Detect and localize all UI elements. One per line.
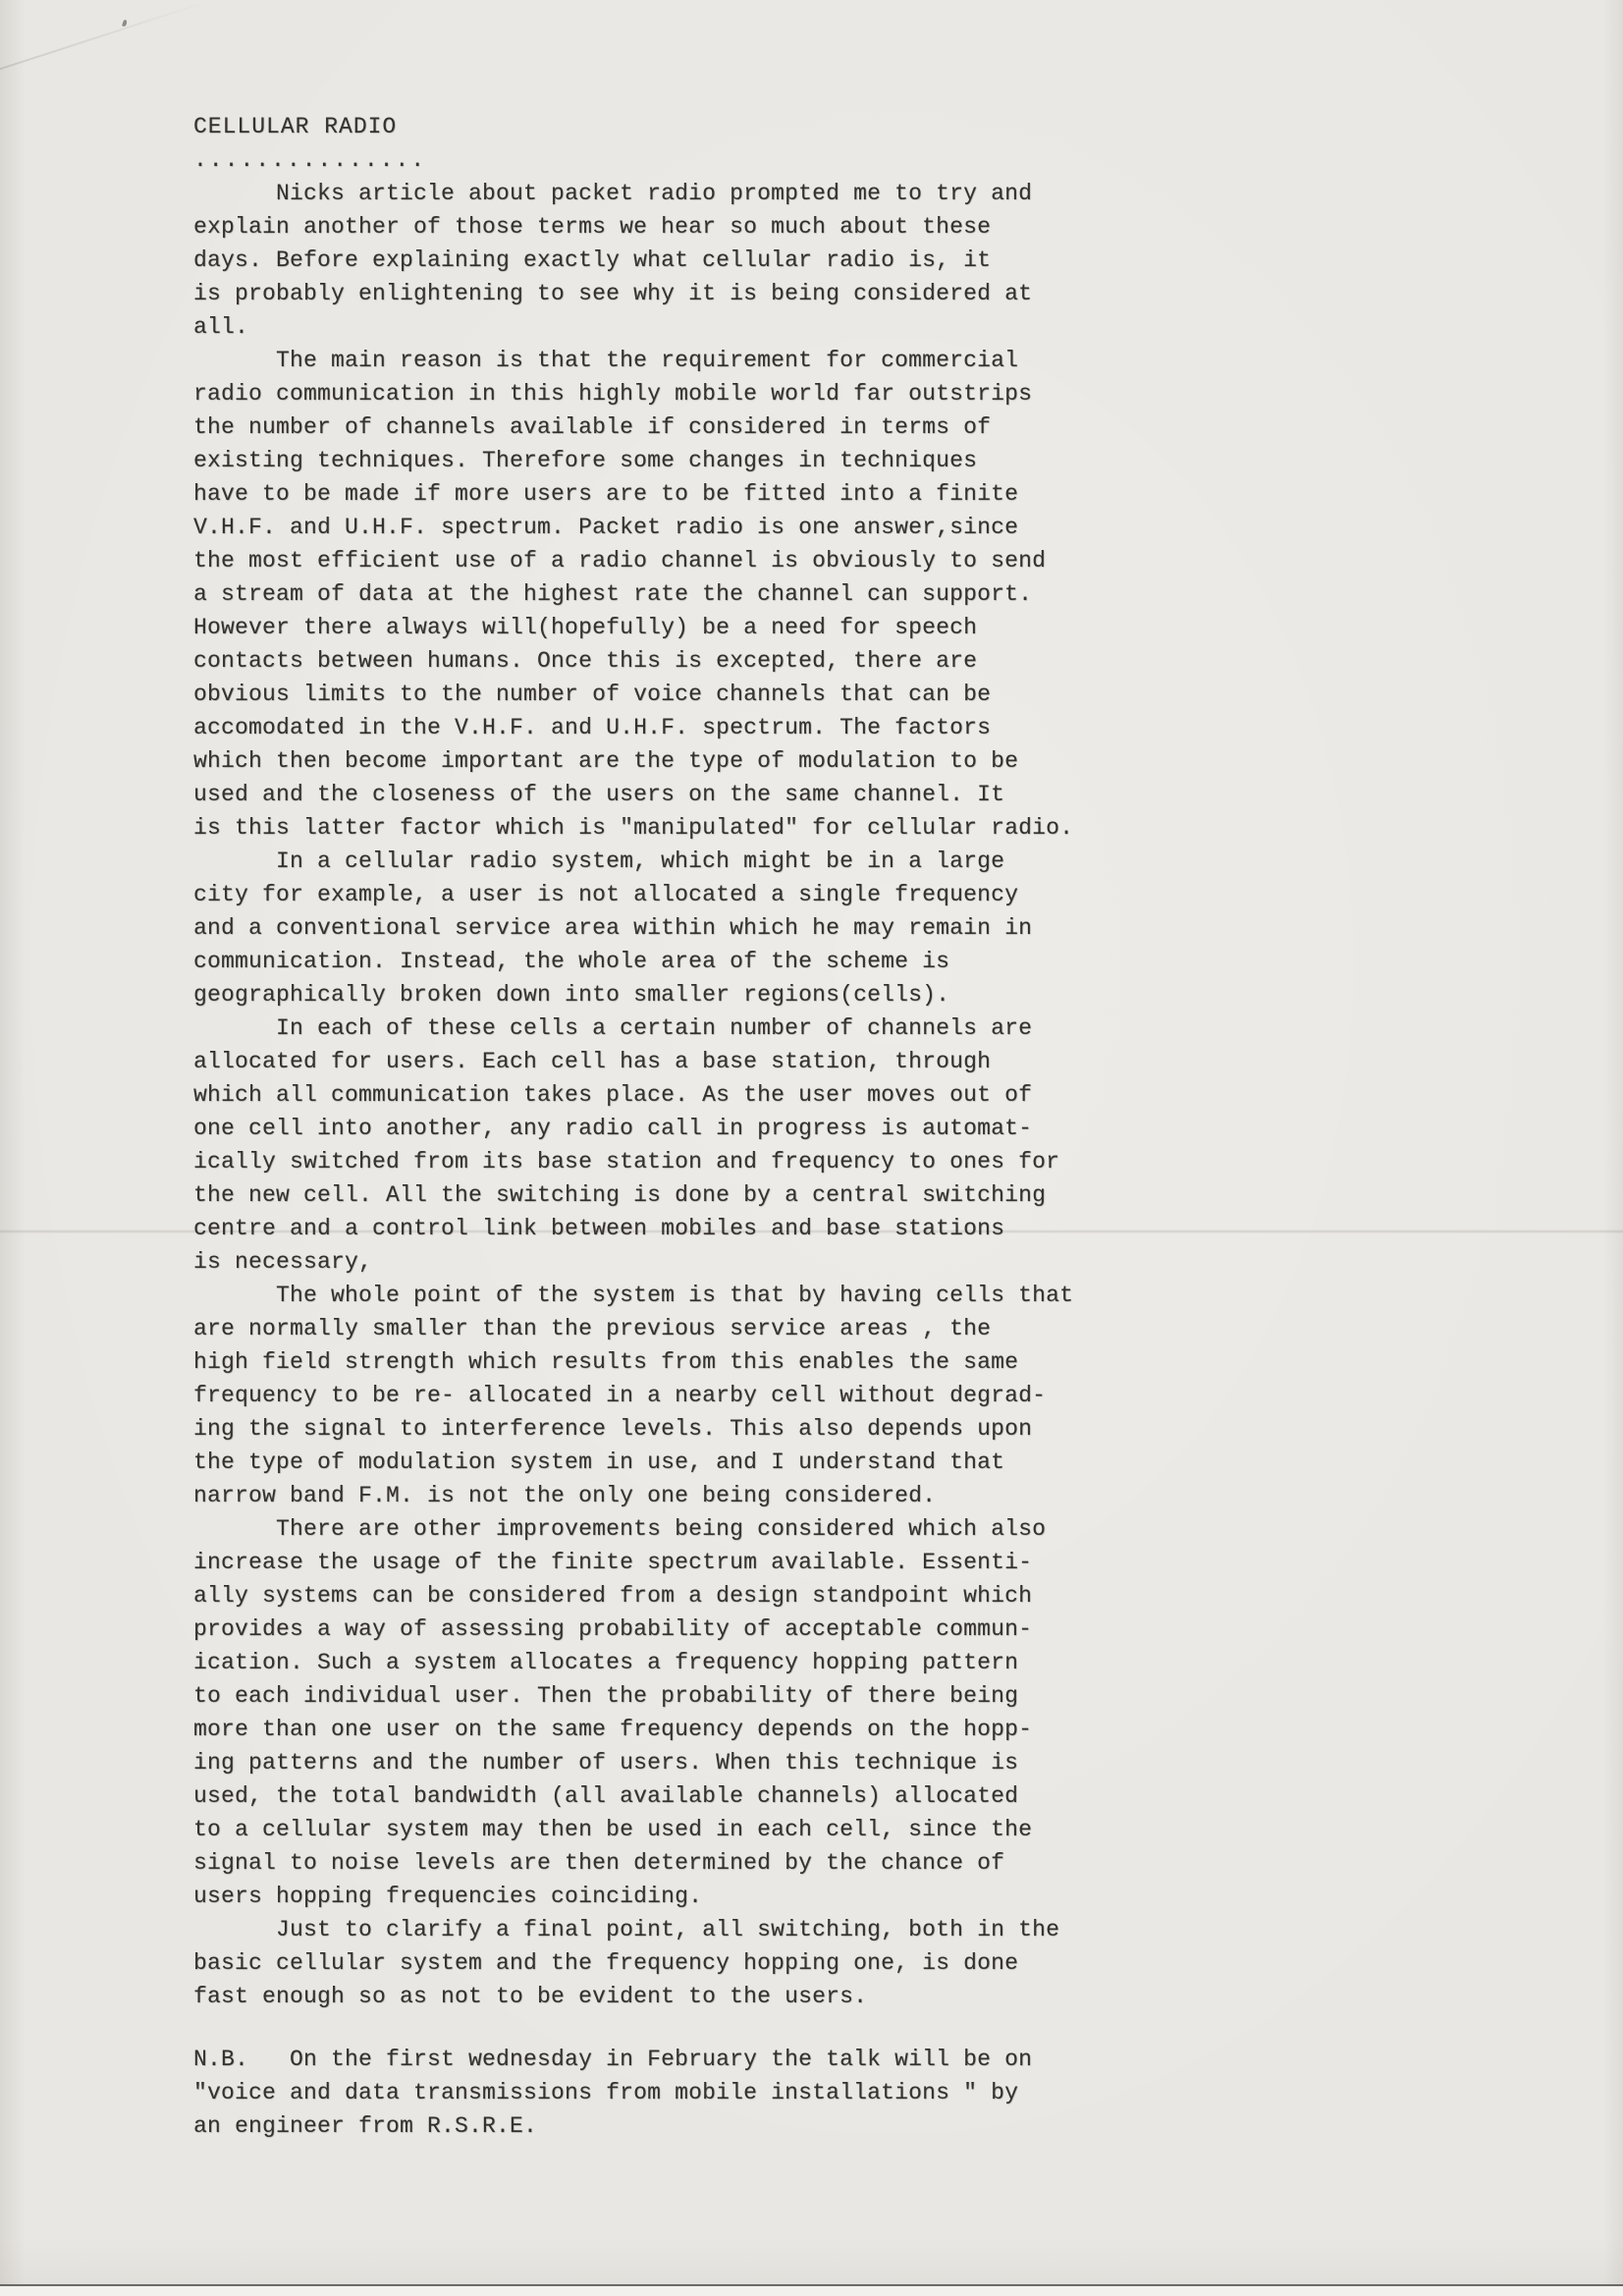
scanned-typewritten-page: CELLULAR RADIO ............... Nicks art… — [0, 0, 1623, 2296]
document-body: CELLULAR RADIO ............... Nicks art… — [193, 110, 1352, 2143]
note-nb: N.B. On the first wednesday in February … — [193, 2043, 1352, 2143]
paragraph-whole-point: The whole point of the system is that by… — [193, 1279, 1352, 1512]
paper-crease-top-left — [0, 0, 210, 81]
paragraph-cells-channels: In each of these cells a certain number … — [193, 1011, 1352, 1279]
title-underline-dots: ............... — [193, 143, 1352, 177]
page-title: CELLULAR RADIO — [193, 110, 1352, 143]
paragraph-main-reason: The main reason is that the requirement … — [193, 344, 1352, 845]
paragraph-cellular-system: In a cellular radio system, which might … — [193, 845, 1352, 1011]
paragraph-intro: Nicks article about packet radio prompte… — [193, 177, 1352, 344]
scan-background-strip — [0, 2286, 1623, 2296]
paragraph-final-point: Just to clarify a final point, all switc… — [193, 1913, 1352, 2013]
paragraph-improvements: There are other improvements being consi… — [193, 1512, 1352, 1913]
